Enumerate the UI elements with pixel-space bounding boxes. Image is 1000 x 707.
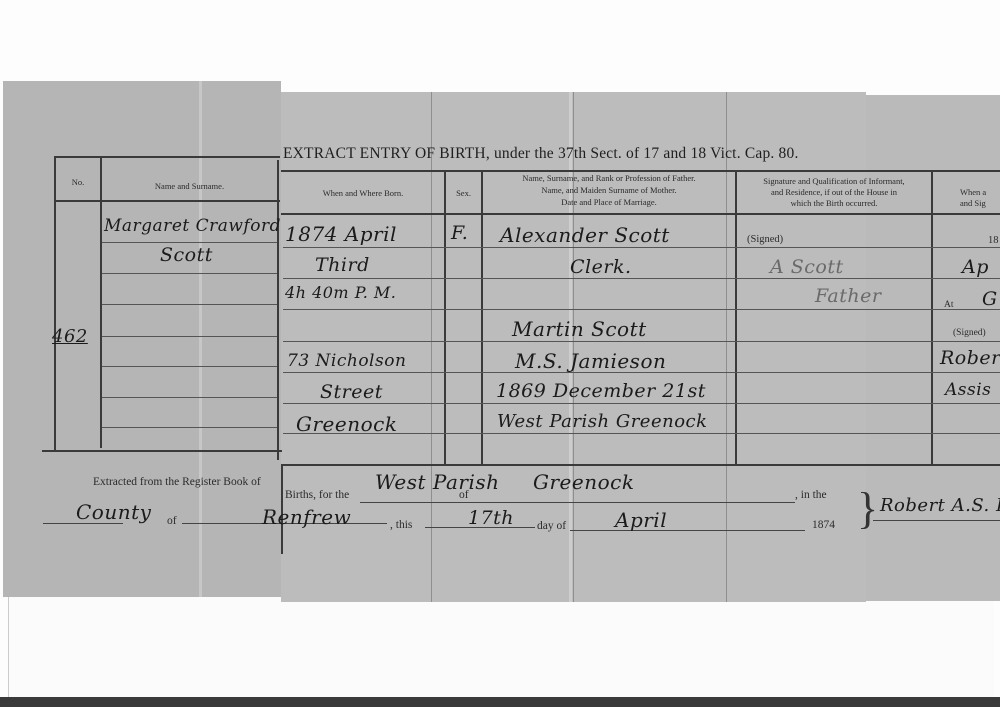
header-line: which the Birth occurred. [737, 198, 931, 209]
row-rule [102, 397, 277, 398]
header-line: Name, and Maiden Surname of Mother. [483, 184, 735, 196]
child-surname: Scott [160, 244, 213, 266]
brace-symbol: } [857, 487, 878, 531]
registered-year: 18 [988, 235, 999, 246]
registered-at-place: G [982, 288, 998, 310]
footer-of: of [459, 489, 469, 501]
row-rule [102, 273, 277, 274]
header-line: and Sig [960, 198, 1000, 209]
footer-registrar-signature: Robert A.S. D [880, 495, 1000, 516]
child-name-first: Margaret Crawford [104, 216, 281, 236]
marriage-place: West Parish Greenock [497, 411, 708, 432]
registrar-title: Assis [945, 380, 991, 400]
row-rule [283, 247, 1000, 248]
footer-day-of: day of [537, 520, 566, 532]
footer-extracted-from: Extracted from the Register Book of [93, 476, 261, 488]
table-border [281, 464, 1000, 466]
footer-parish: West Parish [375, 470, 500, 494]
mother-maiden-surname: M.S. Jamieson [515, 349, 666, 373]
mother-name: Martin Scott [512, 317, 647, 341]
row-rule [283, 309, 1000, 310]
sex-value: F. [451, 222, 468, 244]
table-border [55, 156, 280, 158]
table-border [735, 172, 737, 464]
column-header-registered: When a and Sig [960, 187, 1000, 209]
birth-address-line2: Street [320, 381, 383, 403]
row-rule [102, 242, 277, 243]
header-line: and Residence, if out of the House in [737, 187, 931, 198]
column-header-name: Name and Surname. [102, 180, 277, 192]
table-border [481, 172, 483, 464]
footer-of-county: of [167, 515, 177, 527]
footer-county-label: County [76, 500, 151, 524]
marriage-date: 1869 December 21st [496, 380, 706, 402]
footer-month: April [615, 508, 667, 532]
table-border [444, 172, 446, 464]
scanner-edge [0, 697, 1000, 707]
table-border [55, 200, 280, 202]
birth-address-line1: 73 Nicholson [287, 351, 406, 371]
registrar-signed-label: (Signed) [953, 328, 986, 338]
table-border [931, 172, 933, 464]
column-header-no: No. [56, 176, 100, 188]
column-header-parents: Name, Surname, and Rank or Profession of… [483, 172, 735, 208]
header-line: Date and Place of Marriage. [483, 196, 735, 208]
birth-address-line3: Greenock [296, 412, 397, 436]
birth-time: 4h 40m P. M. [285, 283, 396, 302]
row-rule [102, 366, 277, 367]
registered-at-label: At [944, 300, 954, 310]
row-rule [283, 403, 1000, 404]
fold-line [199, 81, 202, 597]
document-title: EXTRACT ENTRY OF BIRTH, under the 37th S… [283, 145, 799, 163]
informant-qualification: Father [815, 285, 881, 307]
entry-number: 462 [52, 326, 88, 347]
footer-county: Renfrew [262, 505, 351, 529]
table-border [277, 160, 279, 460]
informant-signed-label: (Signed) [747, 234, 783, 245]
father-name: Alexander Scott [500, 223, 670, 247]
row-rule [102, 336, 277, 337]
header-line: When a [960, 187, 1000, 198]
footer-day: 17th [468, 507, 514, 529]
footer-this: , this [390, 519, 412, 531]
fold-line [569, 92, 572, 602]
registrar-name: Robert [940, 347, 1000, 369]
column-header-when-where: When and Where Born. [283, 187, 443, 199]
table-border [54, 156, 56, 452]
informant-signature: A Scott [770, 256, 844, 278]
fill-line [570, 530, 805, 531]
fill-line [360, 502, 795, 503]
column-header-sex: Sex. [446, 187, 481, 199]
row-rule [102, 304, 277, 305]
fill-line [873, 520, 1000, 521]
footer-in-the: , in the [795, 489, 827, 501]
birth-year-month: 1874 April [285, 222, 397, 246]
father-occupation: Clerk. [570, 256, 632, 278]
footer-births-for-the: Births, for the [285, 489, 349, 501]
table-border [100, 158, 102, 448]
birth-day: Third [315, 254, 370, 276]
row-rule [102, 427, 277, 428]
row-rule [283, 278, 1000, 279]
row-rule [283, 341, 1000, 342]
scan-background [8, 590, 994, 697]
header-line: Name, Surname, and Rank or Profession of… [483, 172, 735, 184]
table-border [42, 450, 282, 452]
footer-year: 1874 [812, 519, 835, 531]
registered-month: Ap [962, 256, 989, 278]
paper-panel-middle [281, 92, 866, 602]
footer-town: Greenock [533, 470, 634, 494]
column-header-informant: Signature and Qualification of Informant… [737, 176, 931, 209]
table-border [281, 213, 1000, 215]
header-line: Signature and Qualification of Informant… [737, 176, 931, 187]
